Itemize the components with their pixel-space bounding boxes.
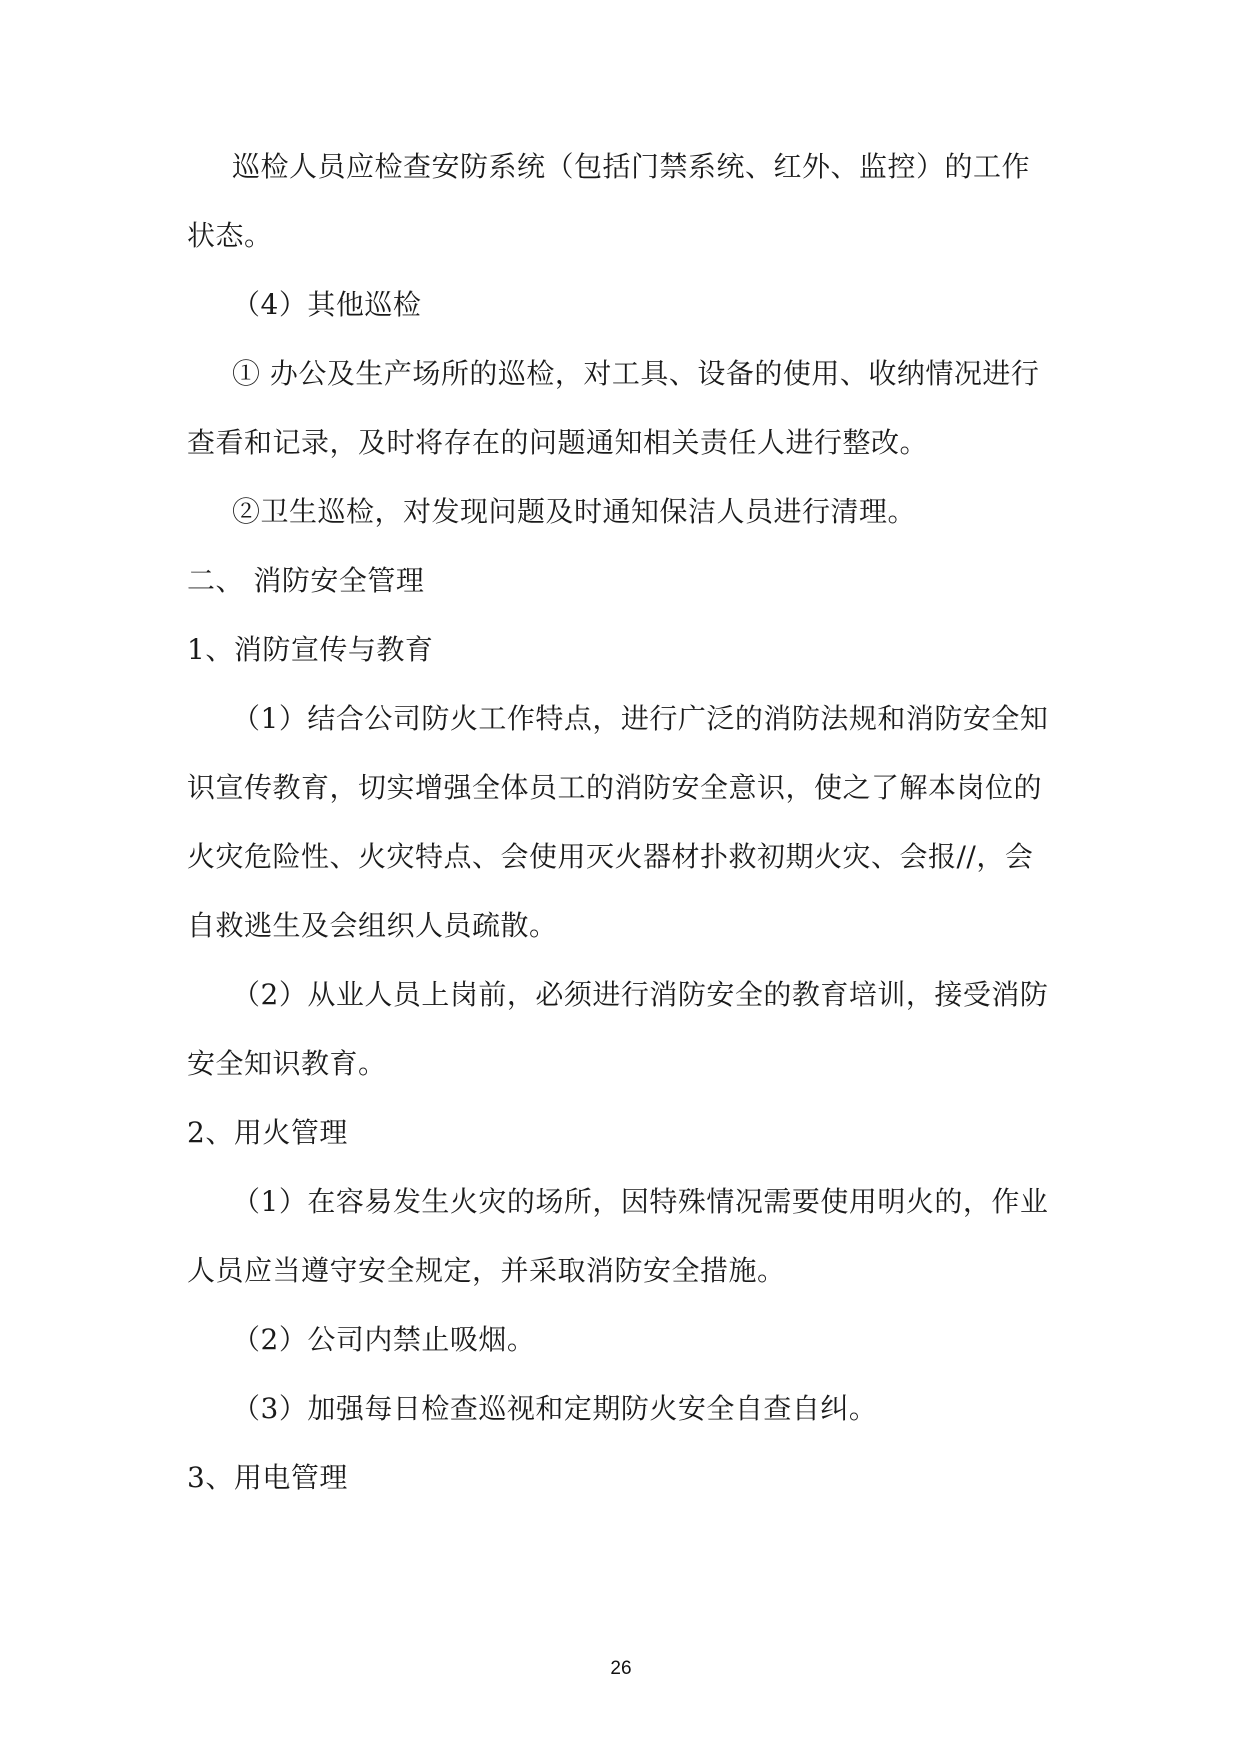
paragraph-line: 巡检人员应检查安防系统（包括门禁系统、红外、监控）的工作	[232, 150, 1030, 184]
paragraph-line: （3）加强每日检查巡视和定期防火安全自查自纠。	[232, 1392, 877, 1426]
paragraph-line: 人员应当遵守安全规定，并采取消防安全措施。	[187, 1254, 786, 1288]
paragraph-line: 自救逃生及会组织人员疏散。	[187, 909, 558, 943]
subheading: （4）其他巡检	[232, 288, 421, 322]
paragraph-line: （2）公司内禁止吸烟。	[232, 1323, 535, 1357]
paragraph-line: 火灾危险性、火灾特点、会使用灭火器材扑救初期火灾、会报//，会	[187, 840, 1033, 874]
section-heading: 二、 消防安全管理	[187, 564, 424, 598]
subsection-heading: 1、消防宣传与教育	[187, 633, 433, 667]
paragraph-line: 安全知识教育。	[187, 1047, 387, 1081]
subsection-heading: 2、用火管理	[187, 1116, 348, 1150]
document-page: 巡检人员应检查安防系统（包括门禁系统、红外、监控）的工作 状态。 （4）其他巡检…	[0, 0, 1242, 1755]
list-item-line: ① 办公及生产场所的巡检，对工具、设备的使用、收纳情况进行	[232, 357, 1039, 391]
list-item-line: ②卫生巡检，对发现问题及时通知保洁人员进行清理。	[232, 495, 916, 529]
paragraph-line: 识宣传教育，切实增强全体员工的消防安全意识，使之了解本岗位的	[187, 771, 1042, 805]
paragraph-line: （1）结合公司防火工作特点，进行广泛的消防法规和消防安全知	[232, 702, 1048, 736]
subsection-heading: 3、用电管理	[187, 1461, 348, 1495]
paragraph-line: （2）从业人员上岗前，必须进行消防安全的教育培训，接受消防	[232, 978, 1048, 1012]
paragraph-line: 状态。	[187, 219, 273, 253]
paragraph-line: 查看和记录，及时将存在的问题通知相关责任人进行整改。	[187, 426, 928, 460]
paragraph-line: （1）在容易发生火灾的场所，因特殊情况需要使用明火的，作业	[232, 1185, 1048, 1219]
page-number: 26	[0, 1658, 1242, 1680]
